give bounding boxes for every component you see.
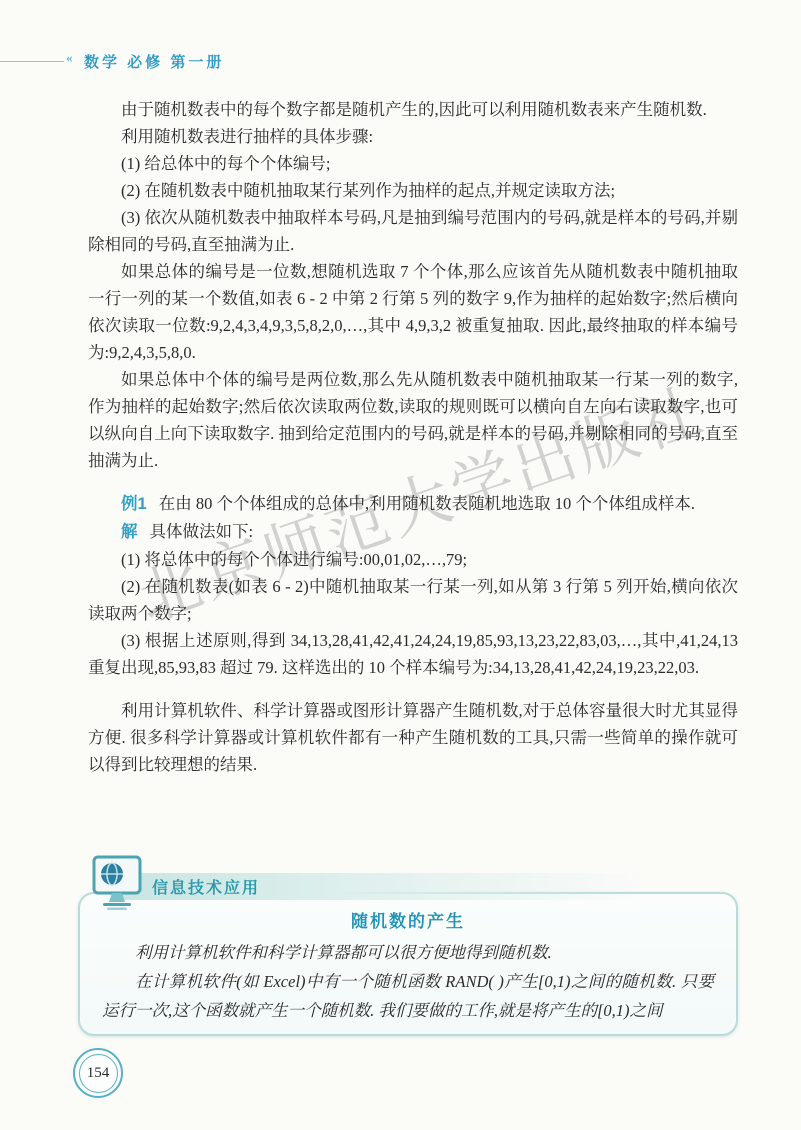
running-header-title: 数学 必修 第一册	[84, 51, 224, 72]
solution-label: 解	[121, 523, 138, 541]
list-item: (3) 依次从随机数表中抽取样本号码,凡是抽到编号范围内的号码,就是样本的号码,…	[88, 204, 738, 258]
list-item: (2) 在随机数表中随机抽取某行某列作为抽样的起点,并规定读取方法;	[88, 177, 738, 204]
page-number-badge: 154	[73, 1048, 123, 1098]
infobox-paragraph: 在计算机软件(如 Excel)中有一个随机函数 RAND( )产生[0,1)之间…	[102, 967, 714, 1025]
infobox-paragraph: 利用计算机软件和科学计算器都可以很方便地得到随机数.	[102, 938, 714, 967]
solution-step: (3) 根据上述原则,得到 34,13,28,41,42,41,24,24,19…	[88, 627, 738, 681]
main-content: 由于随机数表中的每个数字都是随机产生的,因此可以利用随机数表来产生随机数. 利用…	[88, 96, 738, 778]
computer-monitor-globe-icon	[91, 854, 143, 912]
example-statement: 例1在由 80 个个体组成的总体中,利用随机数表随机地选取 10 个个体组成样本…	[88, 490, 738, 518]
infobox-body: 利用计算机软件和科学计算器都可以很方便地得到随机数. 在计算机软件(如 Exce…	[102, 938, 714, 1025]
textbook-page: « 数学 必修 第一册 北京师范大学出版社 由于随机数表中的每个数字都是随机产生…	[0, 0, 801, 1130]
chevron-left-icon: «	[66, 50, 73, 66]
solution-intro-text: 具体做法如下:	[150, 522, 254, 541]
paragraph: 由于随机数表中的每个数字都是随机产生的,因此可以利用随机数表来产生随机数.	[88, 96, 738, 123]
paragraph: 如果总体中个体的编号是两位数,那么先从随机数表中随机抽取某一行某一列的数字,作为…	[88, 366, 738, 474]
example-text: 在由 80 个个体组成的总体中,利用随机数表随机地选取 10 个个体组成样本.	[159, 494, 695, 513]
solution-step: (1) 将总体中的每个个体进行编号:00,01,02,…,79;	[88, 546, 738, 573]
page-number: 154	[87, 1065, 110, 1082]
infobox-tag: 信息技术应用	[152, 875, 260, 898]
solution-intro: 解具体做法如下:	[88, 518, 738, 546]
solution-step: (2) 在随机数表(如表 6 - 2)中随机抽取某一行某一列,如从第 3 行第 …	[88, 573, 738, 627]
paragraph: 如果总体的编号是一位数,想随机选取 7 个个体,那么应该首先从随机数表中随机抽取…	[88, 258, 738, 366]
page-number-ring: 154	[79, 1054, 118, 1093]
list-item: (1) 给总体中的每个个体编号;	[88, 150, 738, 177]
infobox-title: 随机数的产生	[80, 907, 736, 932]
paragraph: 利用随机数表进行抽样的具体步骤:	[88, 123, 738, 150]
closing-paragraph: 利用计算机软件、科学计算器或图形计算器产生随机数,对于总体容量很大时尤其显得方便…	[88, 697, 738, 778]
infobox-header-bar: 信息技术应用	[118, 873, 736, 900]
infobox-panel: 随机数的产生 利用计算机软件和科学计算器都可以很方便地得到随机数. 在计算机软件…	[78, 892, 738, 1036]
header-rule	[0, 61, 64, 62]
example-label: 例1	[121, 495, 147, 513]
